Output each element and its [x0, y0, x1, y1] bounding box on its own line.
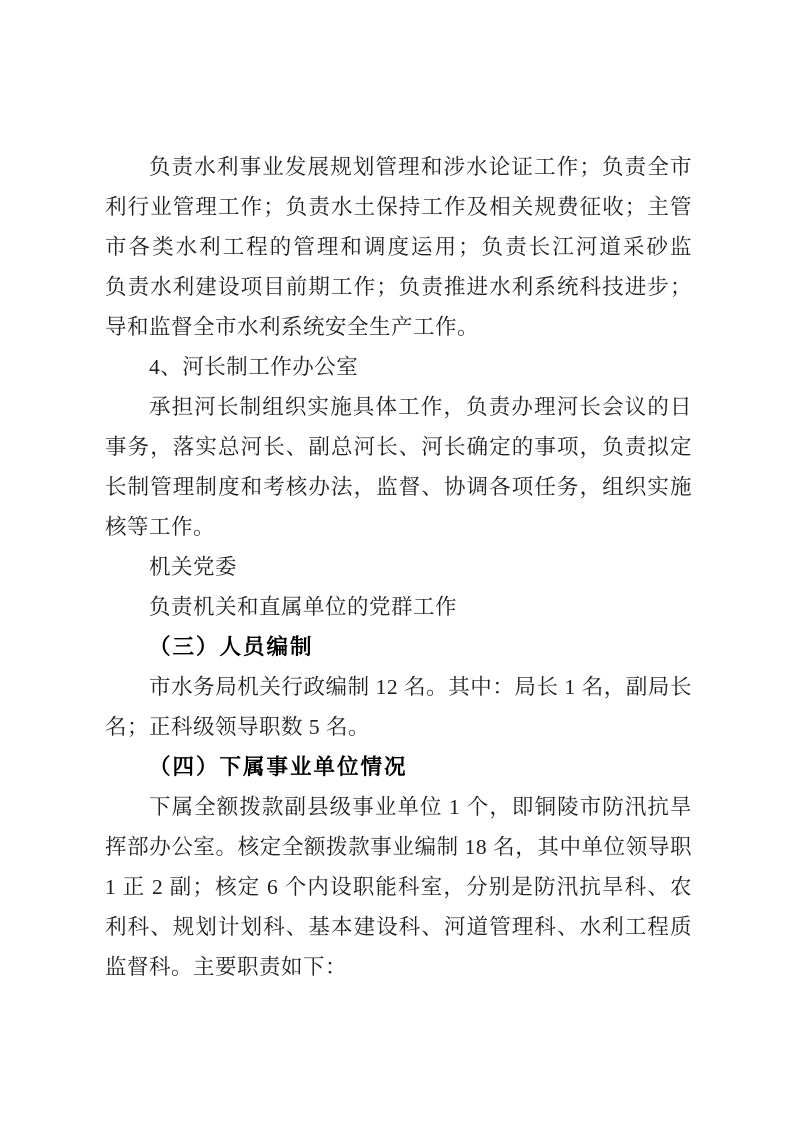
text-line: 4、河长制工作办公室 — [105, 347, 692, 387]
text-line: 承担河长制组织实施具体工作，负责办理河长会议的日常 — [105, 387, 692, 427]
text-line: 导和监督全市水利系统安全生产工作。 — [105, 307, 692, 347]
text-line: 挥部办公室。核定全额拨款事业编制 18 名，其中单位领导职数 — [105, 827, 692, 867]
text-line: 机关党委 — [105, 547, 692, 587]
body-paragraph: 4、河长制工作办公室 — [105, 347, 692, 387]
text-line: 负责水利建设项目前期工作；负责推进水利系统科技进步；指 — [105, 267, 692, 307]
body-paragraph: 负责水利事业发展规划管理和涉水论证工作；负责全市水利行业管理工作；负责水土保持工… — [105, 147, 692, 347]
text-line: 1 正 2 副；核定 6 个内设职能科室，分别是防汛抗旱科、农田水 — [105, 867, 692, 907]
text-line: 下属全额拨款副县级事业单位 1 个，即铜陵市防汛抗旱指 — [105, 787, 692, 827]
text-line: 负责机关和直属单位的党群工作 — [105, 587, 692, 627]
text-line: 市水务局机关行政编制 12 名。其中：局长 1 名，副局长 2 — [105, 667, 692, 707]
body-paragraph: 承担河长制组织实施具体工作，负责办理河长会议的日常事务，落实总河长、副总河长、河… — [105, 387, 692, 547]
text-line: 负责水利事业发展规划管理和涉水论证工作；负责全市水 — [105, 147, 692, 187]
body-paragraph: 市水务局机关行政编制 12 名。其中：局长 1 名，副局长 2名；正科级领导职数… — [105, 667, 692, 747]
body-paragraph: 下属全额拨款副县级事业单位 1 个，即铜陵市防汛抗旱指挥部办公室。核定全额拨款事… — [105, 787, 692, 987]
text-line: 利行业管理工作；负责水土保持工作及相关规费征收；主管全 — [105, 187, 692, 227]
document-text-block: 负责水利事业发展规划管理和涉水论证工作；负责全市水利行业管理工作；负责水土保持工… — [105, 147, 692, 987]
document-page: 负责水利事业发展规划管理和涉水论证工作；负责全市水利行业管理工作；负责水土保持工… — [0, 0, 793, 1122]
text-line: 市各类水利工程的管理和调度运用；负责长江河道采砂监管； — [105, 227, 692, 267]
text-line: 核等工作。 — [105, 507, 692, 547]
text-line: 监督科。主要职责如下： — [105, 947, 692, 987]
text-line: 事务，落实总河长、副总河长、河长确定的事项，负责拟定河 — [105, 427, 692, 467]
text-line: 长制管理制度和考核办法，监督、协调各项任务，组织实施考 — [105, 467, 692, 507]
text-line: 名；正科级领导职数 5 名。 — [105, 707, 692, 747]
section-heading-paragraph: （三）人员编制 — [105, 627, 692, 667]
section-heading-paragraph: （四）下属事业单位情况 — [105, 747, 692, 787]
body-paragraph: 机关党委 — [105, 547, 692, 587]
body-paragraph: 负责机关和直属单位的党群工作 — [105, 587, 692, 627]
text-line: 利科、规划计划科、基本建设科、河道管理科、水利工程质量 — [105, 907, 692, 947]
heading-line: （四）下属事业单位情况 — [105, 747, 692, 787]
heading-line: （三）人员编制 — [105, 627, 692, 667]
